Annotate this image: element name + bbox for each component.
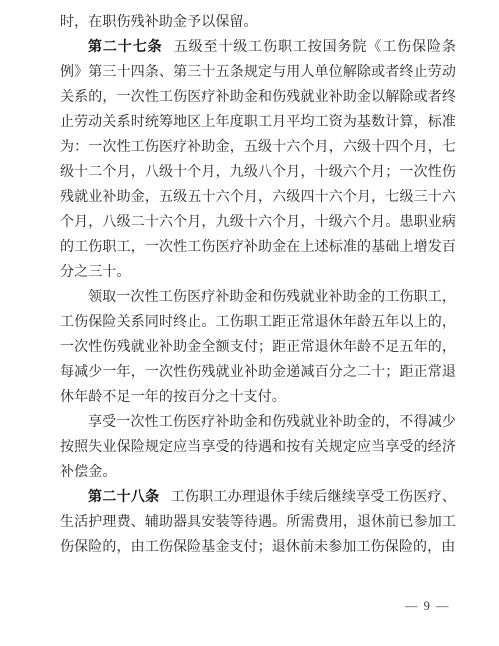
document-body: 时，在职伤残补助金予以保留。 第二十七条五级至十级工伤职工按国务院《工伤保险条例… xyxy=(60,10,456,560)
paragraph-article-27: 第二十七条五级至十级工伤职工按国务院《工伤保险条例》第三十四条、第三十五条规定与… xyxy=(60,35,456,285)
paragraph-text: 时，在职伤残补助金予以保留。 xyxy=(60,15,258,30)
article-number: 第二十七条 xyxy=(88,40,163,55)
paragraph-text: 享受一次性工伤医疗补助金和伤残就业补助金的，不得减少按照失业保险规定应当享受的待… xyxy=(60,415,456,480)
document-page: { "colors": { "background": "#ffffff", "… xyxy=(0,0,499,646)
page-canvas: 时，在职伤残补助金予以保留。 第二十七条五级至十级工伤职工按国务院《工伤保险条例… xyxy=(0,0,499,646)
paragraph-article-28: 第二十八条工伤职工办理退休手续后继续享受工伤医疗、生活护理费、辅助器具安装等待遇… xyxy=(60,485,456,560)
paragraph-xiangshou: 享受一次性工伤医疗补助金和伤残就业补助金的，不得减少按照失业保险规定应当享受的待… xyxy=(60,410,456,485)
article-number: 第二十八条 xyxy=(88,490,159,505)
page-number: — 9 — xyxy=(405,599,450,614)
paragraph-text: 领取一次性工伤医疗补助金和伤残就业补助金的工伤职工，工伤保险关系同时终止。工伤职… xyxy=(60,290,456,405)
paragraph-lingqu: 领取一次性工伤医疗补助金和伤残就业补助金的工伤职工，工伤保险关系同时终止。工伤职… xyxy=(60,285,456,410)
paragraph-text: 五级至十级工伤职工按国务院《工伤保险条例》第三十四条、第三十五条规定与用人单位解… xyxy=(60,40,456,280)
paragraph-continuation: 时，在职伤残补助金予以保留。 xyxy=(60,10,456,35)
